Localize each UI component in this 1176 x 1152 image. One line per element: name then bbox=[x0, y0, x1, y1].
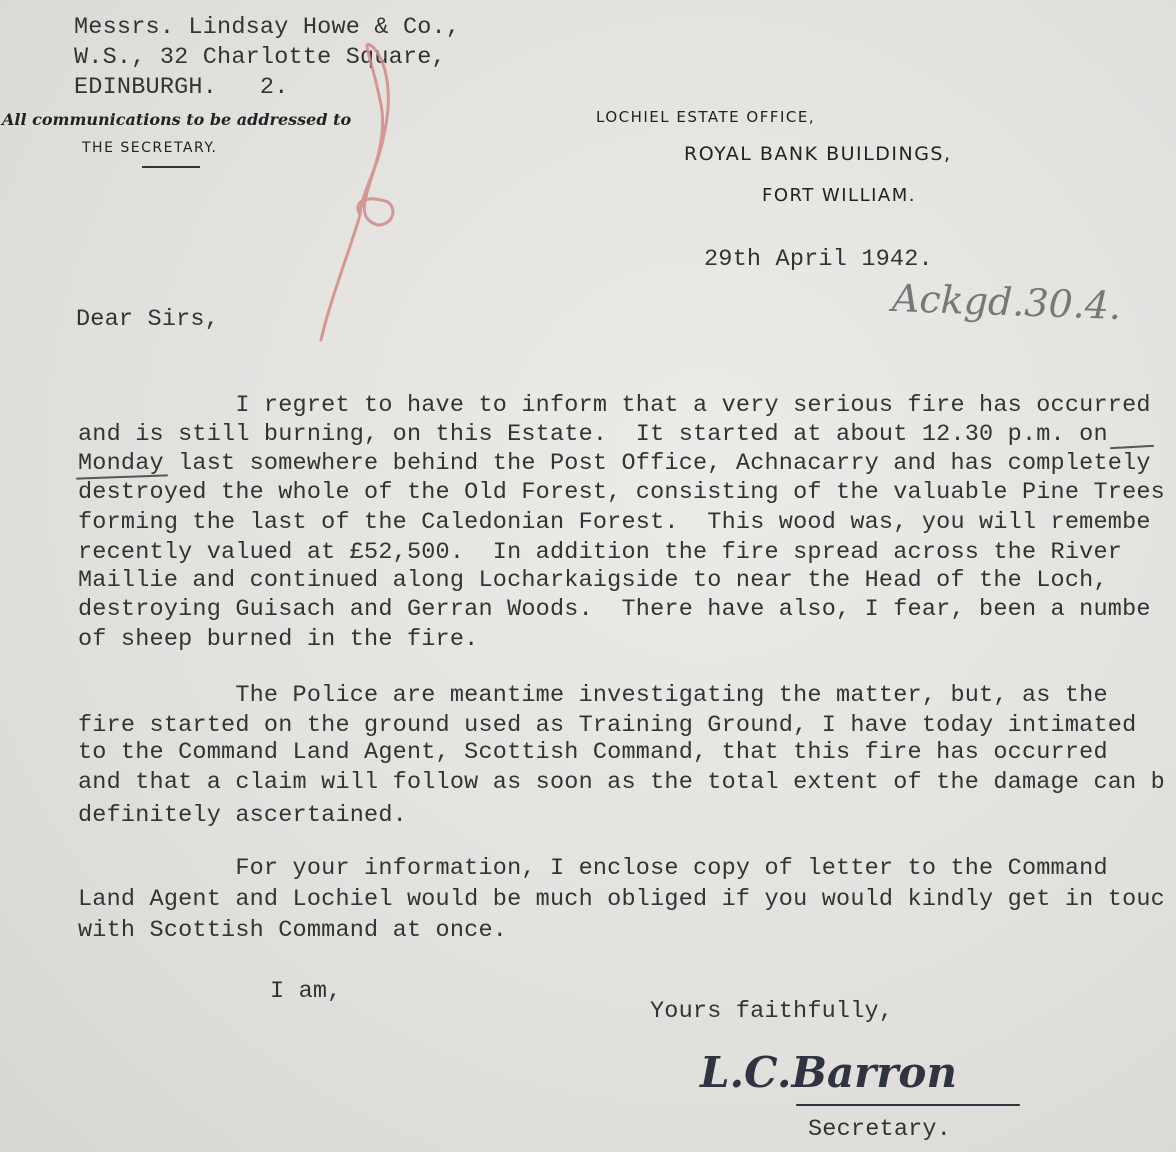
acknowledgement-note: Ackgd.30.4. bbox=[891, 276, 1122, 328]
body-line: Maillie and continued along Locharkaigsi… bbox=[78, 567, 1108, 594]
letterhead-building: ROYAL BANK BUILDINGS, bbox=[684, 143, 952, 165]
signatory-title: Secretary. bbox=[808, 1116, 951, 1143]
body-line: to the Command Land Agent, Scottish Comm… bbox=[78, 739, 1108, 766]
body-line: Land Agent and Lochiel would be much obl… bbox=[78, 886, 1165, 913]
letterhead-note: All communications to be addressed to bbox=[2, 110, 351, 129]
closing-i-am: I am, bbox=[270, 978, 342, 1005]
body-line: For your information, I enclose copy of … bbox=[78, 855, 1108, 882]
body-line: with Scottish Command at once. bbox=[78, 917, 507, 944]
recipient-line-1: Messrs. Lindsay Howe & Co., bbox=[74, 14, 460, 41]
body-line: and that a claim will follow as soon as … bbox=[78, 769, 1165, 796]
body-line: destroyed the whole of the Old Forest, c… bbox=[78, 479, 1165, 506]
body-line: The Police are meantime investigating th… bbox=[78, 682, 1108, 709]
body-line: recently valued at £52,500. In addition … bbox=[78, 539, 1122, 566]
recipient-line-2: W.S., 32 Charlotte Square, bbox=[74, 44, 446, 71]
body-line: and is still burning, on this Estate. It… bbox=[78, 421, 1108, 448]
letterhead-rule bbox=[142, 166, 200, 168]
body-line: Monday last somewhere behind the Post Of… bbox=[78, 450, 1151, 477]
body-line: of sheep burned in the fire. bbox=[78, 626, 478, 653]
closing-yours-faithfully: Yours faithfully, bbox=[650, 998, 893, 1025]
body-line: destroying Guisach and Gerran Woods. The… bbox=[78, 596, 1151, 623]
body-line: forming the last of the Caledonian Fores… bbox=[78, 509, 1151, 536]
letter-date: 29th April 1942. bbox=[704, 246, 933, 273]
recipient-line-3: EDINBURGH. 2. bbox=[74, 74, 289, 101]
letterhead-office: LOCHIEL ESTATE OFFICE, bbox=[596, 108, 815, 126]
pencil-underline bbox=[1110, 445, 1154, 449]
salutation: Dear Sirs, bbox=[76, 306, 219, 333]
body-line: I regret to have to inform that a very s… bbox=[78, 392, 1151, 419]
body-line: fire started on the ground used as Train… bbox=[78, 712, 1136, 739]
signature: L.C.Barron bbox=[700, 1048, 957, 1097]
letterhead-town: FORT WILLIAM. bbox=[762, 185, 916, 206]
body-line: definitely ascertained. bbox=[78, 802, 407, 829]
signature-underline bbox=[796, 1104, 1020, 1106]
letterhead-addressee: THE SECRETARY. bbox=[82, 140, 218, 156]
